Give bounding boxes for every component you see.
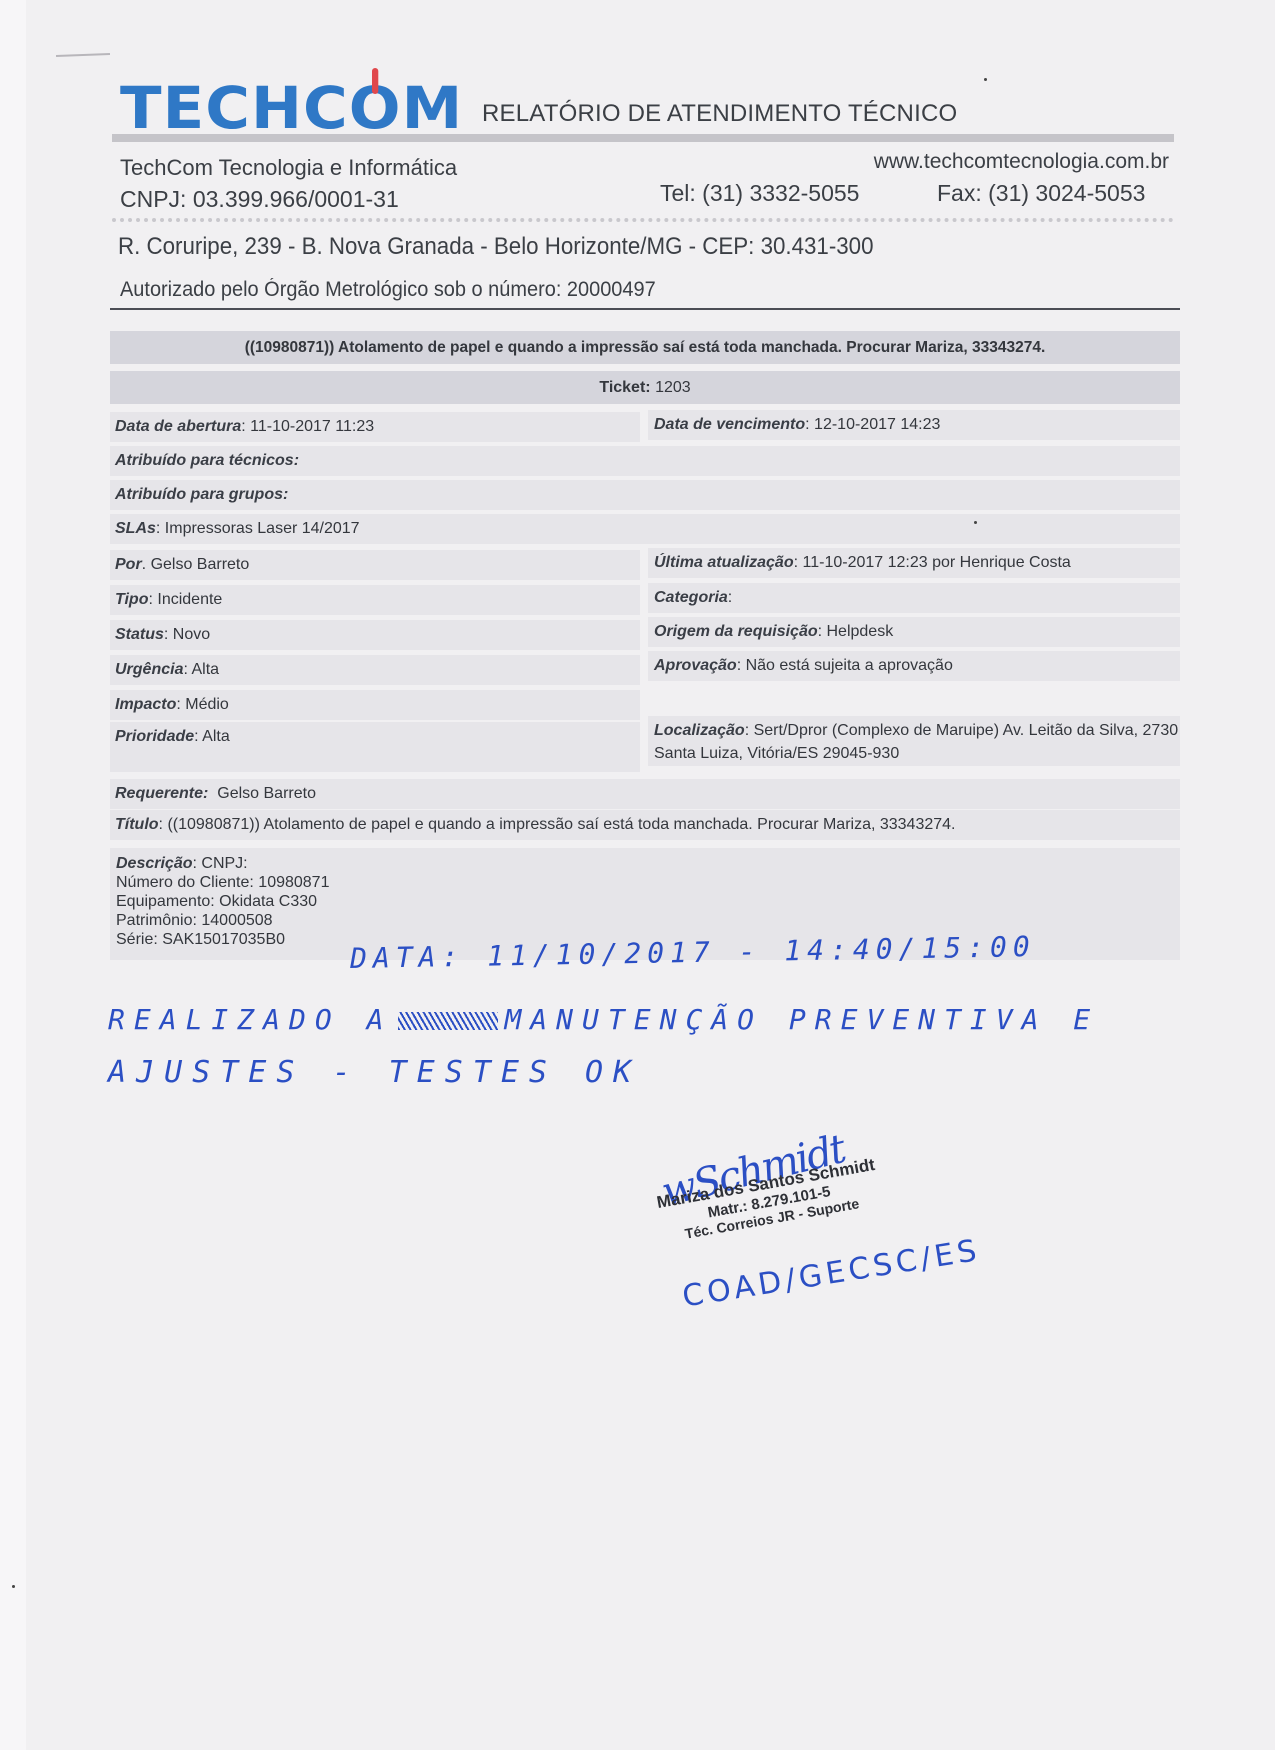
field-value: 12-10-2017 14:23 bbox=[814, 416, 940, 433]
note-text: REALIZADO A bbox=[108, 1003, 392, 1036]
field-requester: Requerente: Gelso Barreto bbox=[110, 779, 1180, 809]
field-label: Tipo bbox=[115, 591, 148, 608]
field-label: Localização bbox=[654, 722, 745, 739]
field-sep: : bbox=[164, 626, 173, 643]
field-sep: : bbox=[737, 657, 746, 674]
field-value: Helpdesk bbox=[827, 623, 894, 640]
ticket-title-banner: ((10980871)) Atolamento de papel e quand… bbox=[110, 331, 1180, 364]
field-assigned-groups: Atribuído para grupos: bbox=[110, 480, 1180, 510]
field-value: Novo bbox=[173, 626, 210, 643]
field-opening-date: Data de abertura: 11-10-2017 11:23 bbox=[110, 412, 640, 442]
company-name: TechCom Tecnologia e Informática bbox=[120, 155, 457, 181]
company-phone: Tel: (31) 3332-5055 bbox=[660, 180, 859, 207]
field-label: Impacto bbox=[115, 696, 176, 713]
field-value: Incidente bbox=[157, 591, 222, 608]
field-sep: : bbox=[176, 696, 185, 713]
dotted-divider bbox=[112, 218, 1174, 222]
field-slas: SLAs: Impressoras Laser 14/2017 bbox=[110, 514, 1180, 544]
field-sep: : bbox=[745, 722, 754, 739]
description-first-line: Descrição: CNPJ: bbox=[116, 854, 1174, 873]
company-address: R. Coruripe, 239 - B. Nova Granada - Bel… bbox=[118, 233, 874, 261]
field-location: Localização: Sert/Dpror (Complexo de Mar… bbox=[648, 716, 1180, 766]
power-icon: O bbox=[349, 74, 402, 142]
field-label: Origem da requisição bbox=[654, 623, 818, 640]
field-label: Descrição bbox=[116, 855, 193, 872]
field-impact: Impacto: Médio bbox=[110, 690, 640, 720]
handwritten-department: COAD/GECSC/ES bbox=[680, 1233, 983, 1315]
scan-page-edge bbox=[0, 0, 26, 1750]
handwritten-note-line-2: AJUSTES - TESTES OK bbox=[108, 1055, 641, 1090]
ticket-label: Ticket: bbox=[599, 379, 650, 396]
ticket-number: 1203 bbox=[655, 379, 691, 396]
field-value: Gelso Barreto bbox=[151, 556, 250, 573]
field-title: Título: ((10980871)) Atolamento de papel… bbox=[110, 810, 1180, 840]
scan-mark bbox=[56, 53, 110, 57]
field-sep: : bbox=[805, 416, 814, 433]
company-website: www.techcomtecnologia.com.br bbox=[874, 150, 1169, 174]
scribbled-out-word bbox=[398, 1012, 498, 1030]
field-priority: Prioridade: Alta bbox=[110, 722, 640, 772]
field-request-origin: Origem da requisição: Helpdesk bbox=[648, 617, 1180, 647]
description-line: Número do Cliente: 10980871 bbox=[116, 873, 1174, 892]
field-sep: : bbox=[818, 623, 827, 640]
field-sep: . bbox=[142, 556, 151, 573]
company-cnpj: CNPJ: 03.399.966/0001-31 bbox=[120, 186, 399, 213]
field-label: Urgência bbox=[115, 661, 183, 678]
field-value: Impressoras Laser 14/2017 bbox=[165, 520, 360, 537]
field-due-date: Data de vencimento: 12-10-2017 14:23 bbox=[648, 410, 1180, 440]
description-line: Patrimônio: 14000508 bbox=[116, 911, 1174, 930]
field-last-update: Última atualização: 11-10-2017 12:23 por… bbox=[648, 548, 1180, 578]
field-label: Requerente: bbox=[115, 785, 208, 802]
field-sep: : bbox=[194, 728, 202, 745]
header-rule bbox=[110, 308, 1180, 310]
scan-speck bbox=[984, 78, 987, 81]
field-value: Alta bbox=[202, 728, 230, 745]
field-category: Categoria: bbox=[648, 583, 1180, 613]
handwritten-note-line-1: REALIZADO AMANUTENÇÃO PREVENTIVA E bbox=[108, 1003, 1099, 1036]
field-label: Status bbox=[115, 626, 164, 643]
field-value: Gelso Barreto bbox=[217, 785, 316, 802]
field-value: Alta bbox=[191, 661, 219, 678]
field-label: Data de vencimento bbox=[654, 416, 805, 433]
field-urgency: Urgência: Alta bbox=[110, 655, 640, 685]
field-label: Última atualização bbox=[654, 554, 794, 571]
field-label: Atribuído para grupos: bbox=[115, 486, 288, 503]
field-label: Título bbox=[115, 816, 159, 833]
field-value: CNPJ: bbox=[201, 855, 247, 872]
field-value: Médio bbox=[185, 696, 229, 713]
report-title: RELATÓRIO DE ATENDIMENTO TÉCNICO bbox=[482, 100, 957, 128]
field-assigned-technicians: Atribuído para técnicos: bbox=[110, 446, 1180, 476]
logo-wordmark: TECHCOM bbox=[120, 78, 463, 138]
scan-speck bbox=[12, 1585, 15, 1588]
field-value: 11-10-2017 12:23 por Henrique Costa bbox=[803, 554, 1071, 571]
field-label: Prioridade bbox=[115, 728, 194, 745]
scan-speck bbox=[974, 521, 977, 524]
field-by: Por. Gelso Barreto bbox=[110, 550, 640, 580]
field-sep: : bbox=[794, 554, 803, 571]
field-label: Por bbox=[115, 556, 142, 573]
header-divider bbox=[112, 134, 1174, 142]
field-value: 11-10-2017 11:23 bbox=[250, 418, 374, 435]
field-approval: Aprovação: Não está sujeita a aprovação bbox=[648, 651, 1180, 681]
field-sep: : bbox=[728, 589, 732, 606]
field-label: Atribuído para técnicos: bbox=[115, 452, 299, 469]
field-sep: : bbox=[156, 520, 165, 537]
description-line: Equipamento: Okidata C330 bbox=[116, 892, 1174, 911]
techcom-logo: TECHCOM bbox=[120, 78, 447, 138]
field-value: Não está sujeita a aprovação bbox=[746, 657, 953, 674]
note-text: MANUTENÇÃO PREVENTIVA E bbox=[504, 1003, 1099, 1036]
logo-text-right: M bbox=[402, 74, 464, 142]
field-label: Categoria bbox=[654, 589, 728, 606]
field-label: SLAs bbox=[115, 520, 156, 537]
metrology-authorization: Autorizado pelo Órgão Metrológico sob o … bbox=[120, 278, 656, 302]
field-value: ((10980871)) Atolamento de papel e quand… bbox=[167, 816, 955, 833]
company-fax: Fax: (31) 3024-5053 bbox=[937, 180, 1145, 207]
field-label: Aprovação bbox=[654, 657, 737, 674]
ticket-number-bar: Ticket: 1203 bbox=[110, 371, 1180, 404]
field-label: Data de abertura bbox=[115, 418, 241, 435]
field-status: Status: Novo bbox=[110, 620, 640, 650]
logo-text-left: TECHC bbox=[120, 74, 349, 142]
field-sep: : bbox=[241, 418, 250, 435]
field-type: Tipo: Incidente bbox=[110, 585, 640, 615]
